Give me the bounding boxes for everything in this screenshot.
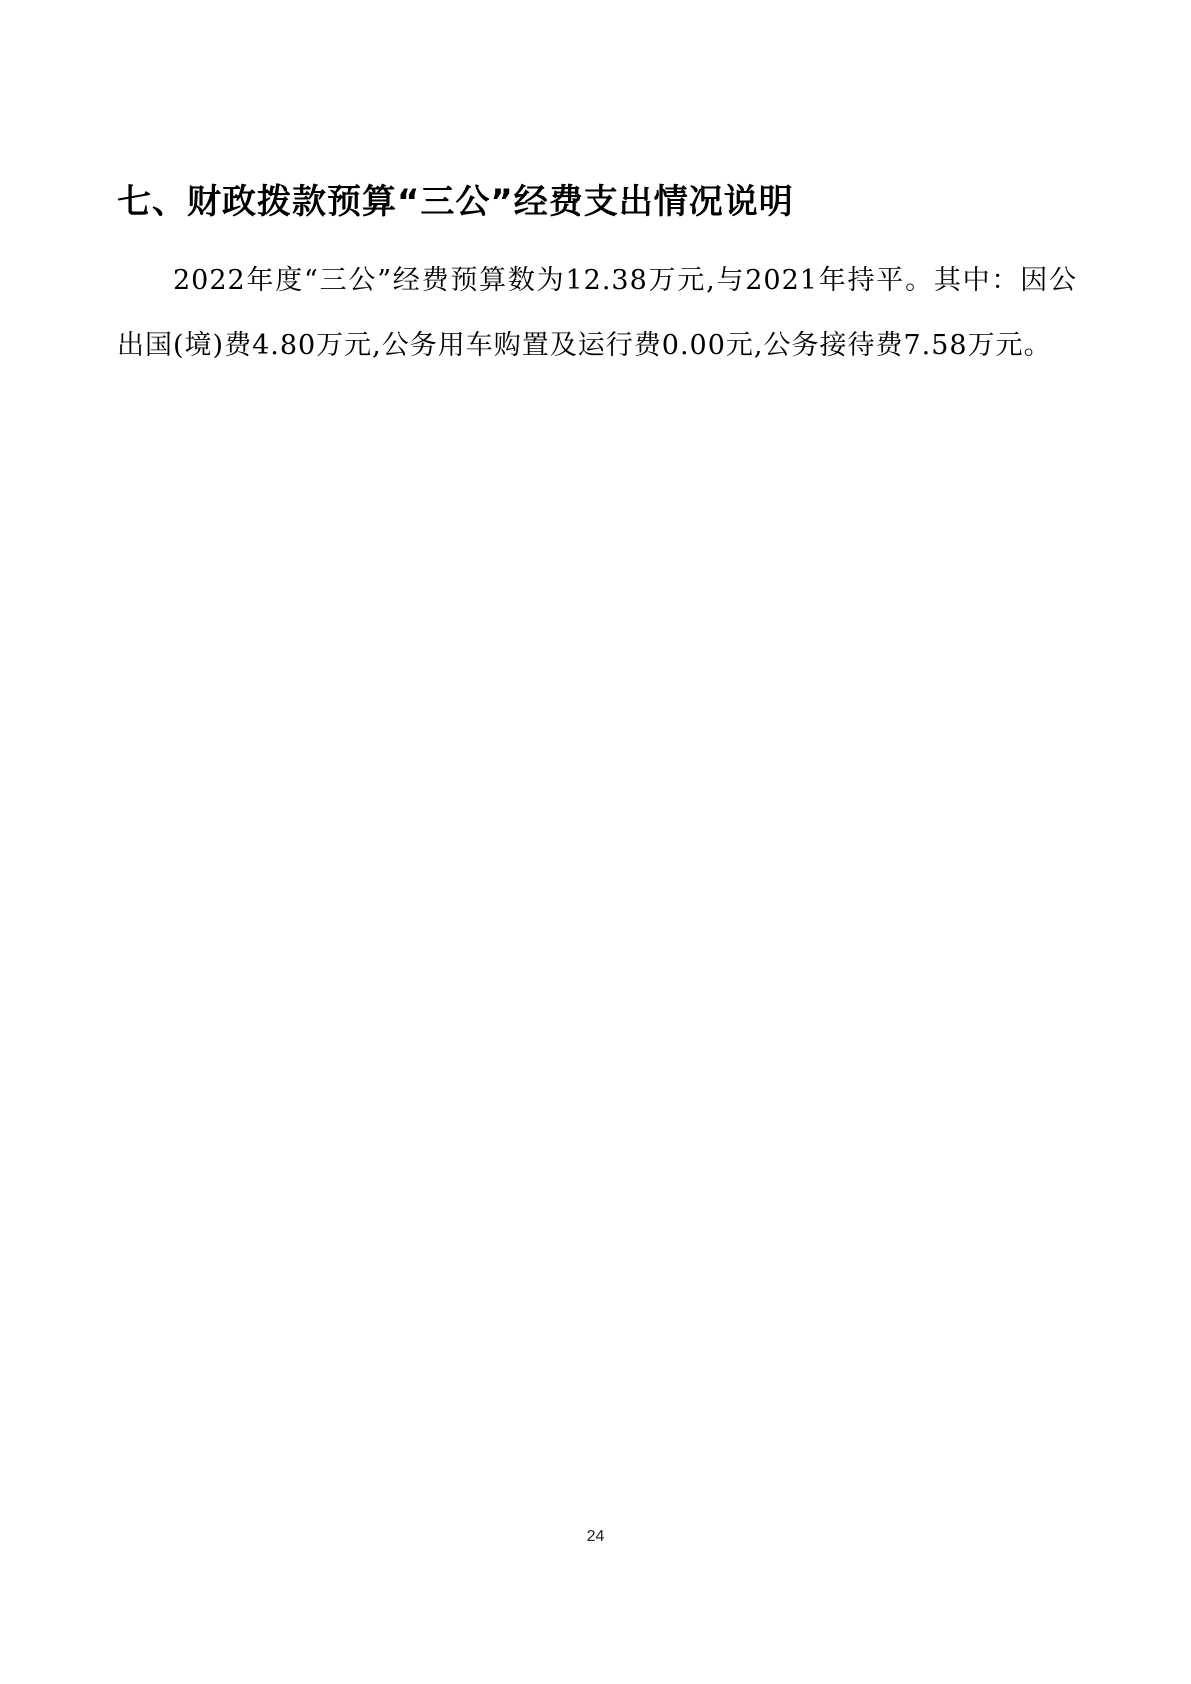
paragraph: 2022年度“三公”经费预算数为12.38万元,与2021年持平。其中：因公出国… <box>117 248 1077 378</box>
page-number: 24 <box>0 1528 1191 1546</box>
body-text: 2022年度“三公”经费预算数为12.38万元,与2021年持平。其中：因公出国… <box>117 248 1077 378</box>
document-page: 七、财政拨款预算“三公”经费支出情况说明 2022年度“三公”经费预算数为12.… <box>0 0 1191 1684</box>
section-heading: 七、财政拨款预算“三公”经费支出情况说明 <box>117 180 794 224</box>
